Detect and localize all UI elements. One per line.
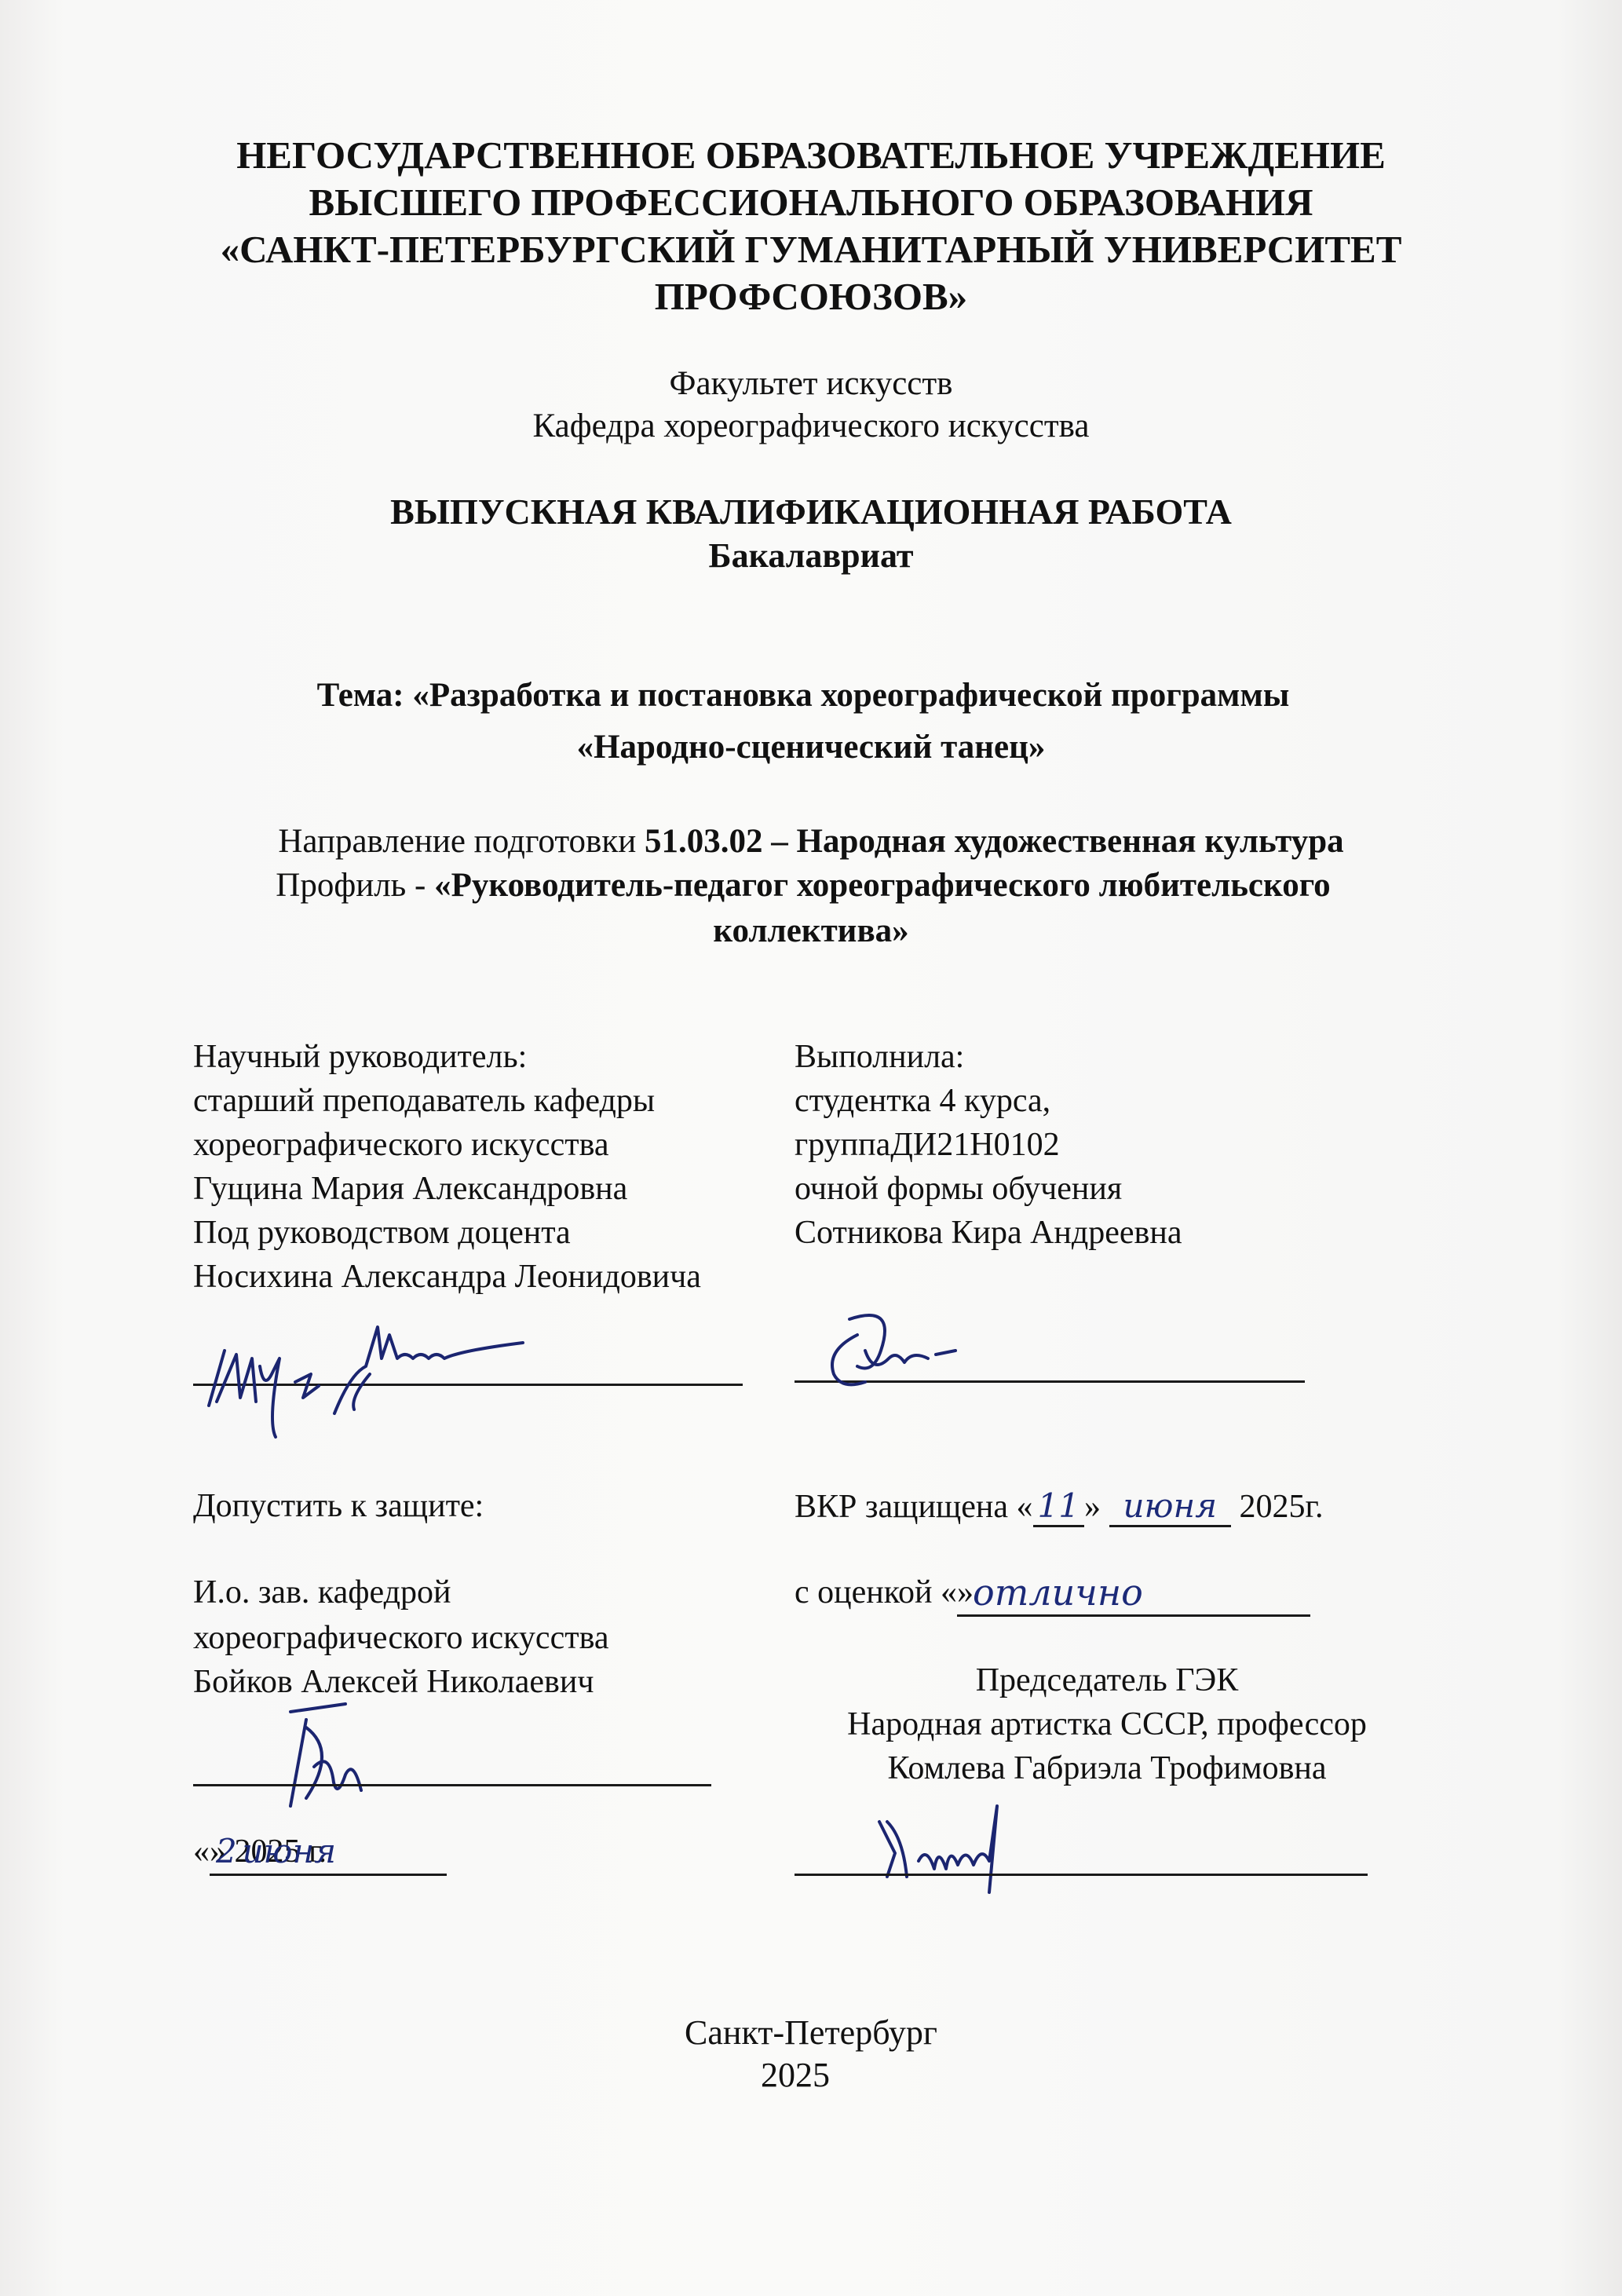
city: Санкт-Петербург xyxy=(0,2012,1622,2054)
head-signature-line xyxy=(193,1784,711,1786)
faculty: Факультет искусств xyxy=(0,363,1622,405)
student-line: очной формы обучения xyxy=(795,1167,1182,1211)
chair-line: Председатель ГЭК xyxy=(793,1658,1421,1702)
institution-line: ВЫСШЕГО ПРОФЕССИОНАЛЬНОГО ОБРАЗОВАНИЯ xyxy=(0,179,1622,226)
institution-header: НЕГОСУДАРСТВЕННОЕ ОБРАЗОВАТЕЛЬНОЕ УЧРЕЖД… xyxy=(0,132,1622,320)
direction-value: 51.03.02 – Народная художественная культ… xyxy=(645,823,1344,860)
admission-block: И.о. зав. кафедрой хореографического иск… xyxy=(193,1570,609,1704)
chair-line: Народная артистка СССР, профессор xyxy=(793,1702,1421,1746)
year: 2025 xyxy=(0,2054,1606,2097)
admission-date-month: июня xyxy=(235,1830,447,1876)
student-line: группаДИ21Н0102 xyxy=(795,1123,1182,1167)
supervisor-signatures xyxy=(193,1327,743,1429)
admission-date: «2» июня 2025 г. xyxy=(193,1830,327,1874)
chair-signature-line xyxy=(795,1874,1368,1876)
supervisor-line: Под руководством доцента xyxy=(193,1211,701,1255)
direction-line: Направление подготовки 51.03.02 – Народн… xyxy=(0,820,1622,864)
topic-line-2: «Народно-сценический танец» xyxy=(0,726,1622,770)
supervisor-line: старший преподаватель кафедры xyxy=(193,1079,701,1123)
head-signature xyxy=(259,1704,432,1822)
grade-value: отлично xyxy=(957,1570,1310,1617)
supervisor-line: хореографического искусства xyxy=(193,1123,701,1167)
student-line: Сотникова Кира Андреевна xyxy=(795,1211,1182,1255)
student-line: студентка 4 курса, xyxy=(795,1079,1182,1123)
work-type: ВЫПУСКНАЯ КВАЛИФИКАЦИОННАЯ РАБОТА xyxy=(0,490,1622,534)
profile-line: Профиль - «Руководитель-педагог хореогра… xyxy=(0,864,1614,908)
supervisor-block: Научный руководитель: старший преподават… xyxy=(193,1035,701,1299)
supervisor-line: Носихина Александра Леонидовича xyxy=(193,1255,701,1299)
profile-label: Профиль - xyxy=(276,867,434,904)
grade-prefix: с оценкой « xyxy=(795,1574,957,1610)
profile-value: «Руководитель-педагог хореографического … xyxy=(434,867,1331,904)
department: Кафедра хореографического искусства xyxy=(0,405,1622,448)
institution-line: ПРОФСОЮЗОВ» xyxy=(0,273,1622,320)
topic-line-1: Тема: «Разработка и постановка хореограф… xyxy=(0,674,1614,718)
defense-year: 2025г. xyxy=(1240,1489,1324,1525)
student-line: Выполнила: xyxy=(795,1035,1182,1079)
admission-line: Бойков Алексей Николаевич xyxy=(193,1660,609,1704)
chair-block: Председатель ГЭК Народная артистка СССР,… xyxy=(793,1658,1421,1790)
defense-line: ВКР защищена «11» июня 2025г. xyxy=(795,1484,1324,1529)
title-page: НЕГОСУДАРСТВЕННОЕ ОБРАЗОВАТЕЛЬНОЕ УЧРЕЖД… xyxy=(0,0,1622,2296)
defense-day: 11 xyxy=(1033,1486,1084,1527)
grade-line: с оценкой «отлично» xyxy=(795,1570,974,1614)
institution-line: НЕГОСУДАРСТВЕННОЕ ОБРАЗОВАТЕЛЬНОЕ УЧРЕЖД… xyxy=(0,132,1622,179)
defense-month: июня xyxy=(1109,1486,1232,1527)
admission-label: Допустить к защите: xyxy=(193,1484,484,1528)
defense-mid: » xyxy=(1084,1489,1101,1525)
profile-line-2: коллектива» xyxy=(0,909,1622,953)
defense-prefix: ВКР защищена « xyxy=(795,1489,1033,1525)
admission-line: И.о. зав. кафедрой xyxy=(193,1570,609,1614)
supervisor-line: Гущина Мария Александровна xyxy=(193,1167,701,1211)
direction-label: Направление подготовки xyxy=(278,823,645,860)
supervisor-line: Научный руководитель: xyxy=(193,1035,701,1079)
degree-level: Бакалавриат xyxy=(0,534,1622,578)
student-signature xyxy=(795,1303,1305,1406)
admission-line: хореографического искусства xyxy=(193,1616,609,1660)
institution-line: «САНКТ-ПЕТЕРБУРГСКИЙ ГУМАНИТАРНЫЙ УНИВЕР… xyxy=(0,226,1622,273)
chair-signature xyxy=(871,1775,1076,1900)
student-block: Выполнила: студентка 4 курса, группаДИ21… xyxy=(795,1035,1182,1255)
admission-date-open: « xyxy=(193,1834,210,1870)
